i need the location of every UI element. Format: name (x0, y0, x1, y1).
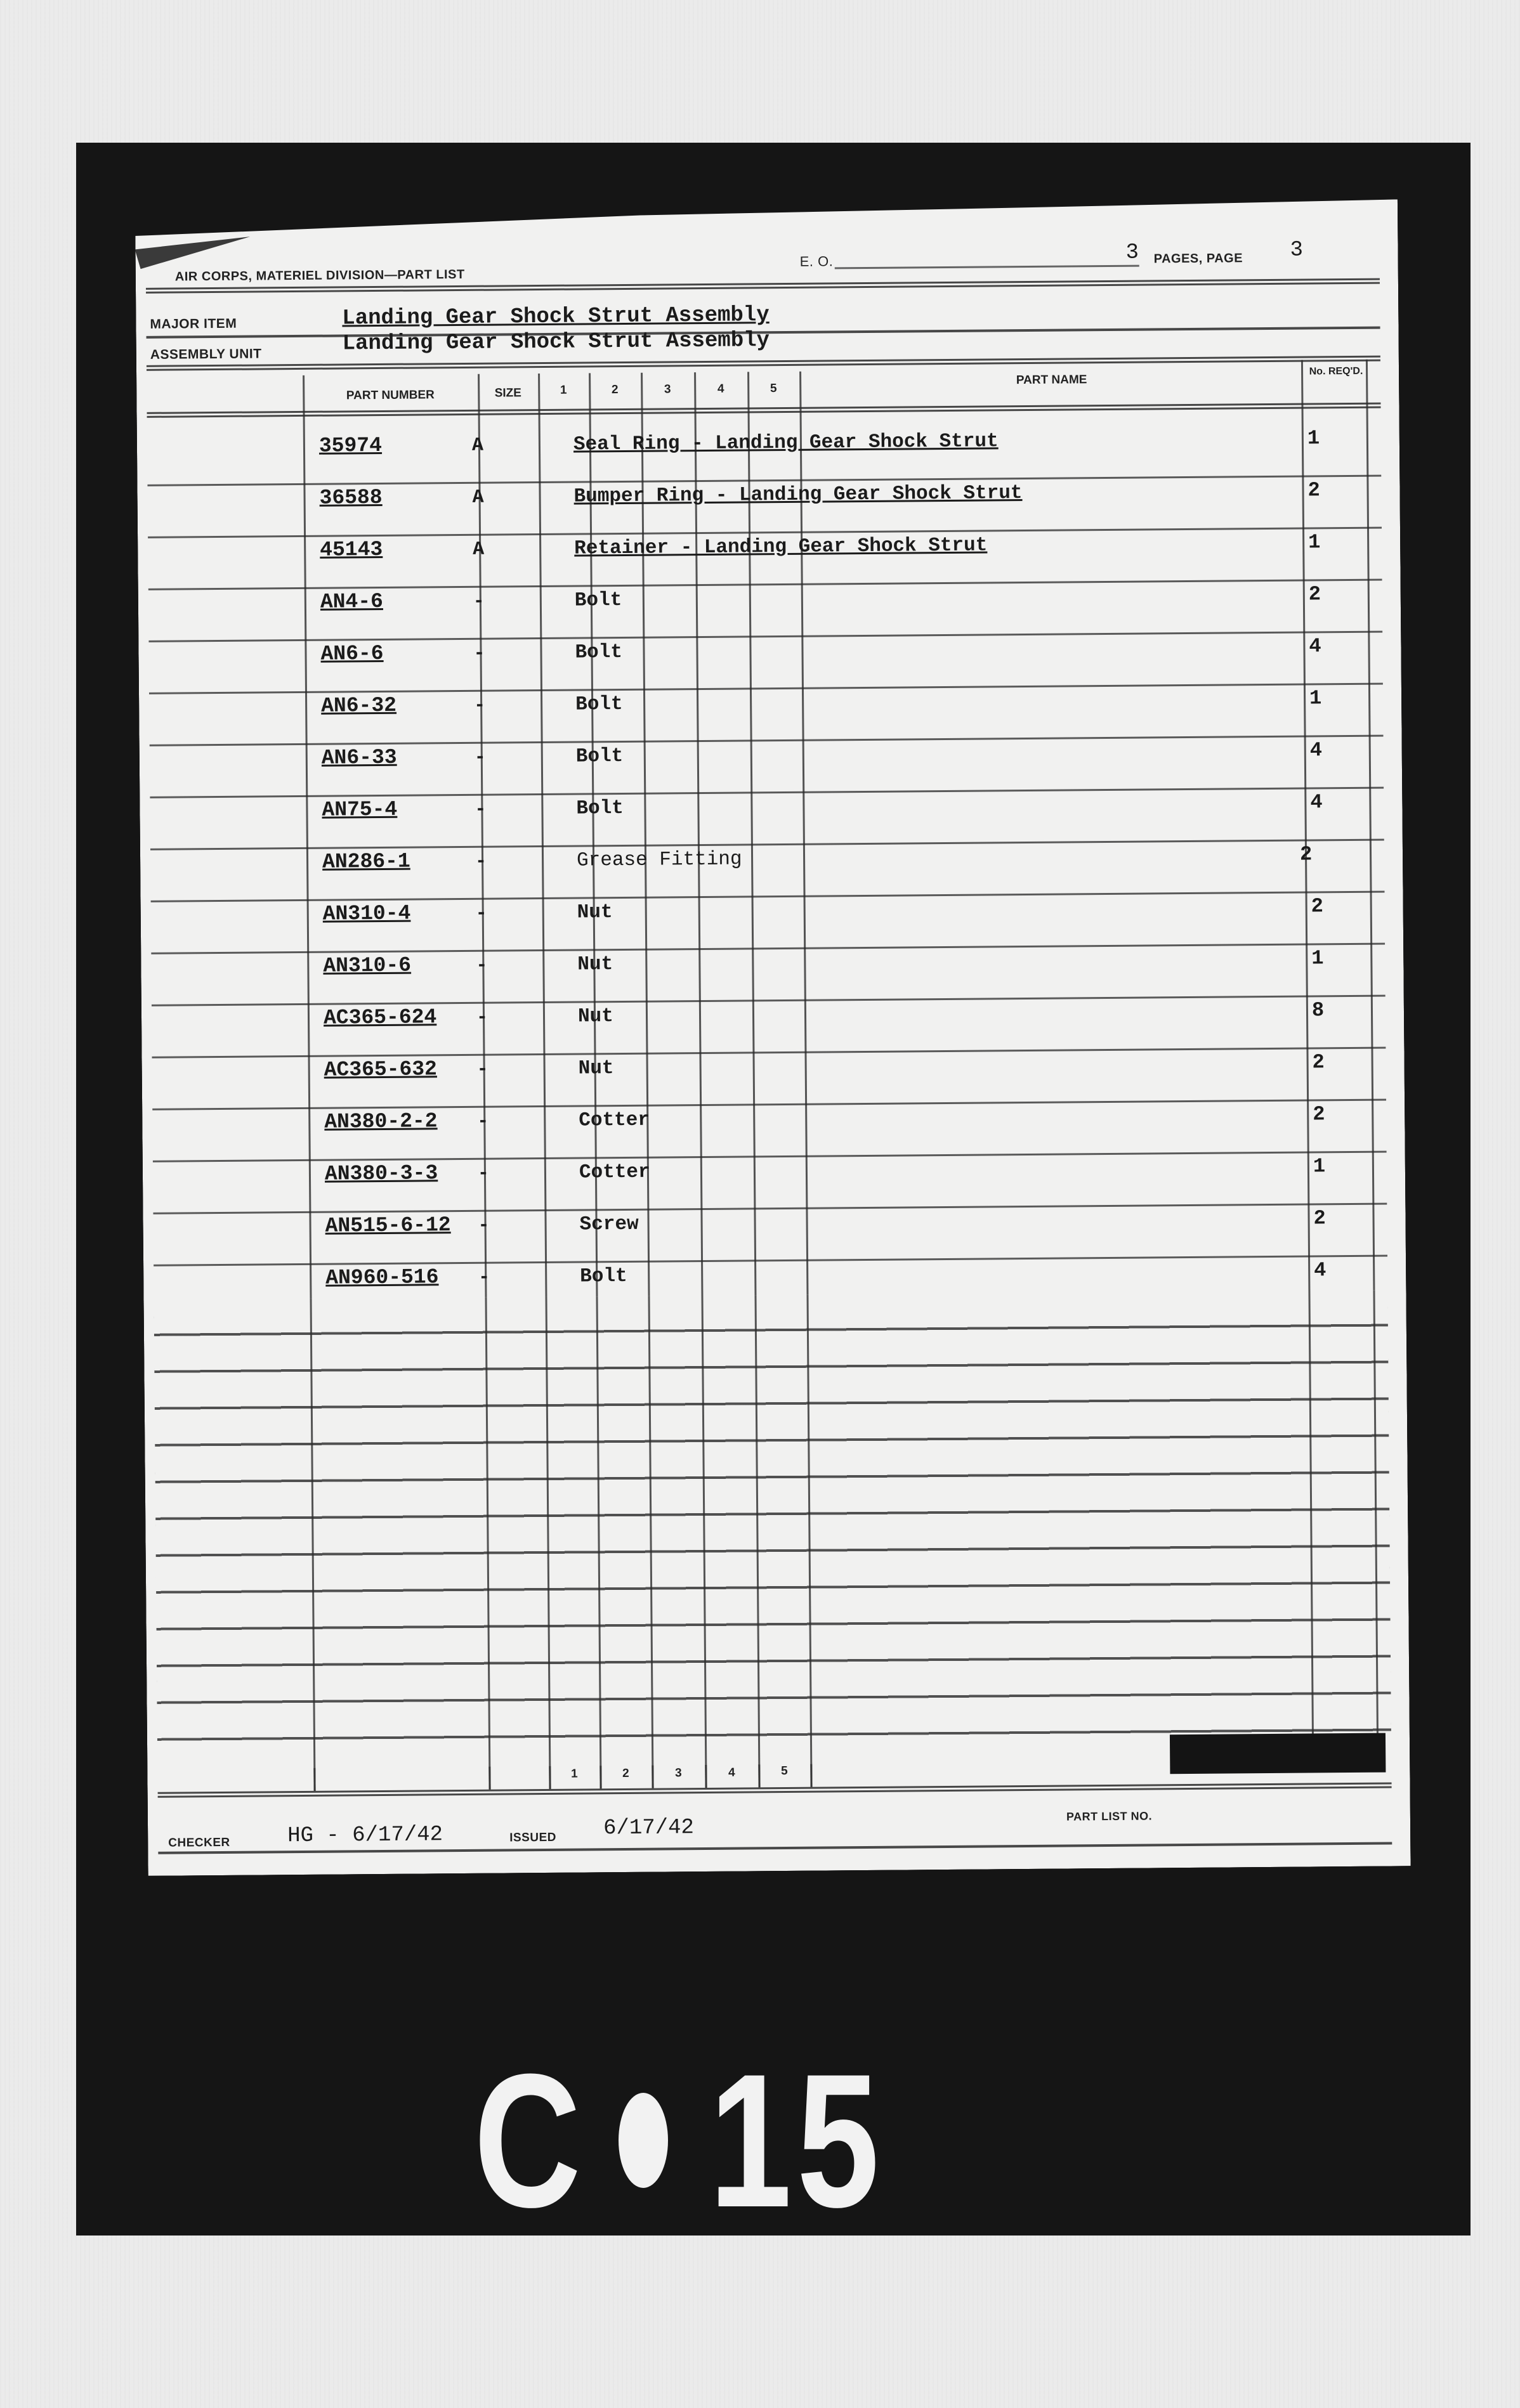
footer-col-2: 2 (599, 1767, 652, 1781)
col-header-no-reqd: No. REQ'D. (1301, 366, 1371, 378)
major-item-value: Landing Gear Shock Strut Assembly (342, 303, 770, 330)
col-header-2: 2 (589, 383, 641, 398)
eo-label: E. O. (800, 253, 834, 270)
table-bottom-divider (158, 1783, 1392, 1794)
frame-label-dot-icon (619, 2093, 668, 2188)
microfilm-frame-label: C 15 (458, 2055, 908, 2226)
col-header-part-name: PART NAME (799, 372, 1304, 389)
issued-label: ISSUED (509, 1831, 556, 1845)
assembly-unit-value: Landing Gear Shock Strut Assembly (343, 329, 770, 356)
footer-col-3: 3 (652, 1766, 705, 1781)
col-header-5: 5 (747, 382, 799, 396)
assembly-unit-label: ASSEMBLY UNIT (150, 346, 262, 362)
col-header-part-number: PART NUMBER (303, 388, 478, 403)
redacted-block (1170, 1733, 1386, 1774)
frame-label-number: 15 (709, 2045, 884, 2236)
footer-col-5: 5 (758, 1764, 810, 1779)
assembly-unit-underline (147, 356, 1380, 367)
pages-label: PAGES, PAGE (1154, 251, 1243, 266)
footer-col-1: 1 (549, 1767, 599, 1781)
part-list-no-label: PART LIST NO. (1066, 1809, 1152, 1823)
frame-label-letter: C (474, 2045, 586, 2236)
col-header-1: 1 (538, 383, 589, 398)
checker-label: CHECKER (168, 1836, 230, 1851)
eo-underline (835, 265, 1139, 270)
page-number: 3 (1290, 238, 1303, 263)
major-item-label: MAJOR ITEM (150, 316, 237, 332)
parts-table-body: 35974 A Seal Ring - Landing Gear Shock S… (137, 405, 1399, 415)
col-header-3: 3 (641, 382, 694, 397)
col-header-4: 4 (694, 382, 747, 396)
total-pages: 3 (1125, 241, 1139, 265)
ruled-lines-lower (154, 1291, 1392, 1769)
col-header-size: SIZE (478, 386, 538, 401)
part-list-sheet: AIR CORPS, MATERIEL DIVISION—PART LIST E… (135, 199, 1411, 1876)
checker-value: HG - 6/17/42 (287, 1823, 443, 1848)
form-header: AIR CORPS, MATERIEL DIVISION—PART LIST (175, 268, 465, 285)
issued-value: 6/17/42 (603, 1816, 694, 1840)
footer-col-4: 4 (705, 1766, 758, 1780)
